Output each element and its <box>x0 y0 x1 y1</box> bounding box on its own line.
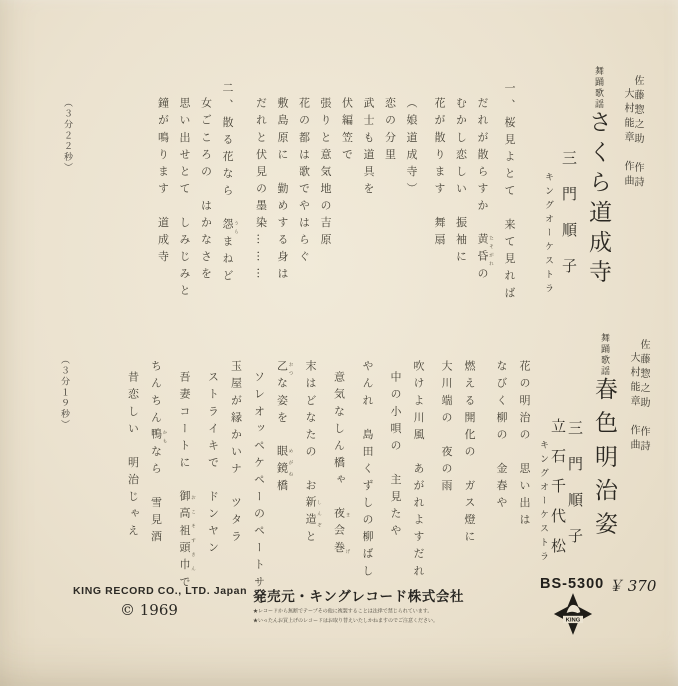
duration-label: （３分２２秒） <box>62 98 71 174</box>
title-column: 舞踊歌謡さくら道成寺 <box>586 66 609 304</box>
lyric-line: 思い出せとて しみじみと <box>179 82 190 304</box>
lyrics-block: 一、桜見よとて 来て見ればだれが散らすか 黄昏たそがれのむかし恋しい 振袖に花が… <box>158 66 516 304</box>
record-sleeve-back: 佐藤惣之助 作詩 大村能章 作曲 舞踊歌謡さくら道成寺 三門順子 キングオーケス… <box>0 0 678 686</box>
genre-label: 舞踊歌謡 <box>599 333 609 377</box>
lyric-line: 女ごころの はかなさを <box>201 82 212 304</box>
genre-label: 舞踊歌謡 <box>593 66 603 110</box>
lyric-line: 花の都は歌でやはらぐ <box>299 82 310 304</box>
lyric-line: 末はどなたの お新造しんぞと <box>305 360 322 610</box>
lyricist-credit: 佐藤惣之助 作詩 <box>632 66 642 304</box>
composer-credit: 大村能章 作曲 <box>628 330 638 610</box>
song-title: さくら道成寺 <box>585 110 611 289</box>
lyric-line: 鐘が鳴ります 道成寺 <box>158 82 169 304</box>
orchestra-credit: キングオーケストラ <box>538 330 547 610</box>
lyric-line: 伏編笠で <box>342 82 353 304</box>
lyrics-block: 花の明治の 思い出はなびく柳の 金春や燃える開化の ガス燈に大川端の 夜の雨吹け… <box>128 330 531 610</box>
lyric-line: 意気なしん橋ゃ 夜会巻まげ <box>334 360 351 610</box>
lyric-line: 乙おつな姿を 眼鏡めがね橋 <box>277 360 294 610</box>
legal-notes: ★レコードから無断でテープその他に複製することは法律で禁じられています。 ★いっ… <box>253 607 468 626</box>
lyric-line: 中の小唄の 主見たや <box>390 360 401 610</box>
duration-label: （３分１９秒） <box>59 355 68 431</box>
lyric-line: 燃える開化の ガス燈に <box>464 360 475 610</box>
singer-name: 三門順子 <box>561 66 576 304</box>
lyric-line: ソレオッペケペーのペートサで <box>254 360 265 610</box>
lyric-line: やんれ 島田くずしの柳ばし <box>362 360 373 610</box>
lyric-line: 大川端の 夜の雨 <box>441 360 452 610</box>
lyric-line: なびく柳の 金春や <box>496 360 507 610</box>
lyric-line: 花の明治の 思い出は <box>519 360 530 610</box>
singer-name: 三門順子 <box>567 330 582 610</box>
title-column: 舞踊歌謡春色明治姿 <box>592 330 615 610</box>
lyric-line: むかし恋しい 振袖に <box>456 82 467 304</box>
song-title: 春色明治姿 <box>591 377 617 545</box>
lyric-line: 一、桜見よとて 来て見れば <box>504 82 515 304</box>
lyric-line: 玉屋が縁かいナ ツタラ <box>231 360 242 610</box>
lyric-line: 恋の分里 <box>385 82 396 304</box>
lyric-line: 花が散ります 舞扇 <box>434 82 445 304</box>
orchestra-credit: キングオーケストラ <box>543 66 552 304</box>
lyric-line: 吾妻コートに 御高祖頭巾おこそずきんで <box>179 360 196 610</box>
song-block-shunshoku-meiji-sugata: 佐藤惣之助 作詩 大村能章 作曲 舞踊歌謡春色明治姿 三門順子 立石千代松 キン… <box>116 330 649 610</box>
lyric-line: 敷島原に 勤めする身は <box>277 82 288 304</box>
lyric-line: 武士も道具を <box>363 82 374 304</box>
lyric-line: 吹けよ川風 あがれよすだれ <box>413 360 424 610</box>
logo-text: KING <box>566 618 581 624</box>
lyric-line: だれが散らすか 黄昏たそがれの <box>477 82 494 304</box>
lyric-line: ストライキで ドンヤン <box>208 360 219 610</box>
lyric-line: 二、散る花なら 怨うらまねど <box>222 82 239 304</box>
song-block-sakura-dojoji: 佐藤惣之助 作詩 大村能章 作曲 舞踊歌謡さくら道成寺 三門順子 キングオーケス… <box>147 66 642 304</box>
singer-name: 立石千代松 <box>550 330 565 610</box>
lyric-line: （娘道成寺） <box>406 82 417 304</box>
lyric-line: 張りと意気地の吉原 <box>320 82 331 304</box>
lyric-line: だれと伏見の墨染……… <box>256 82 267 304</box>
lyricist-credit: 佐藤惣之助 作詩 <box>638 330 648 610</box>
lyric-line: 昔恋しい 明治じゃえ <box>128 360 139 610</box>
legal-note-line: ★いったんお買上げのレコードはお取り替えいたしかねますのでご注意ください。 <box>253 616 468 625</box>
lyric-line: ちんちん鴨かもなら 雪見酒 <box>151 360 168 610</box>
composer-credit: 大村能章 作曲 <box>622 66 632 304</box>
